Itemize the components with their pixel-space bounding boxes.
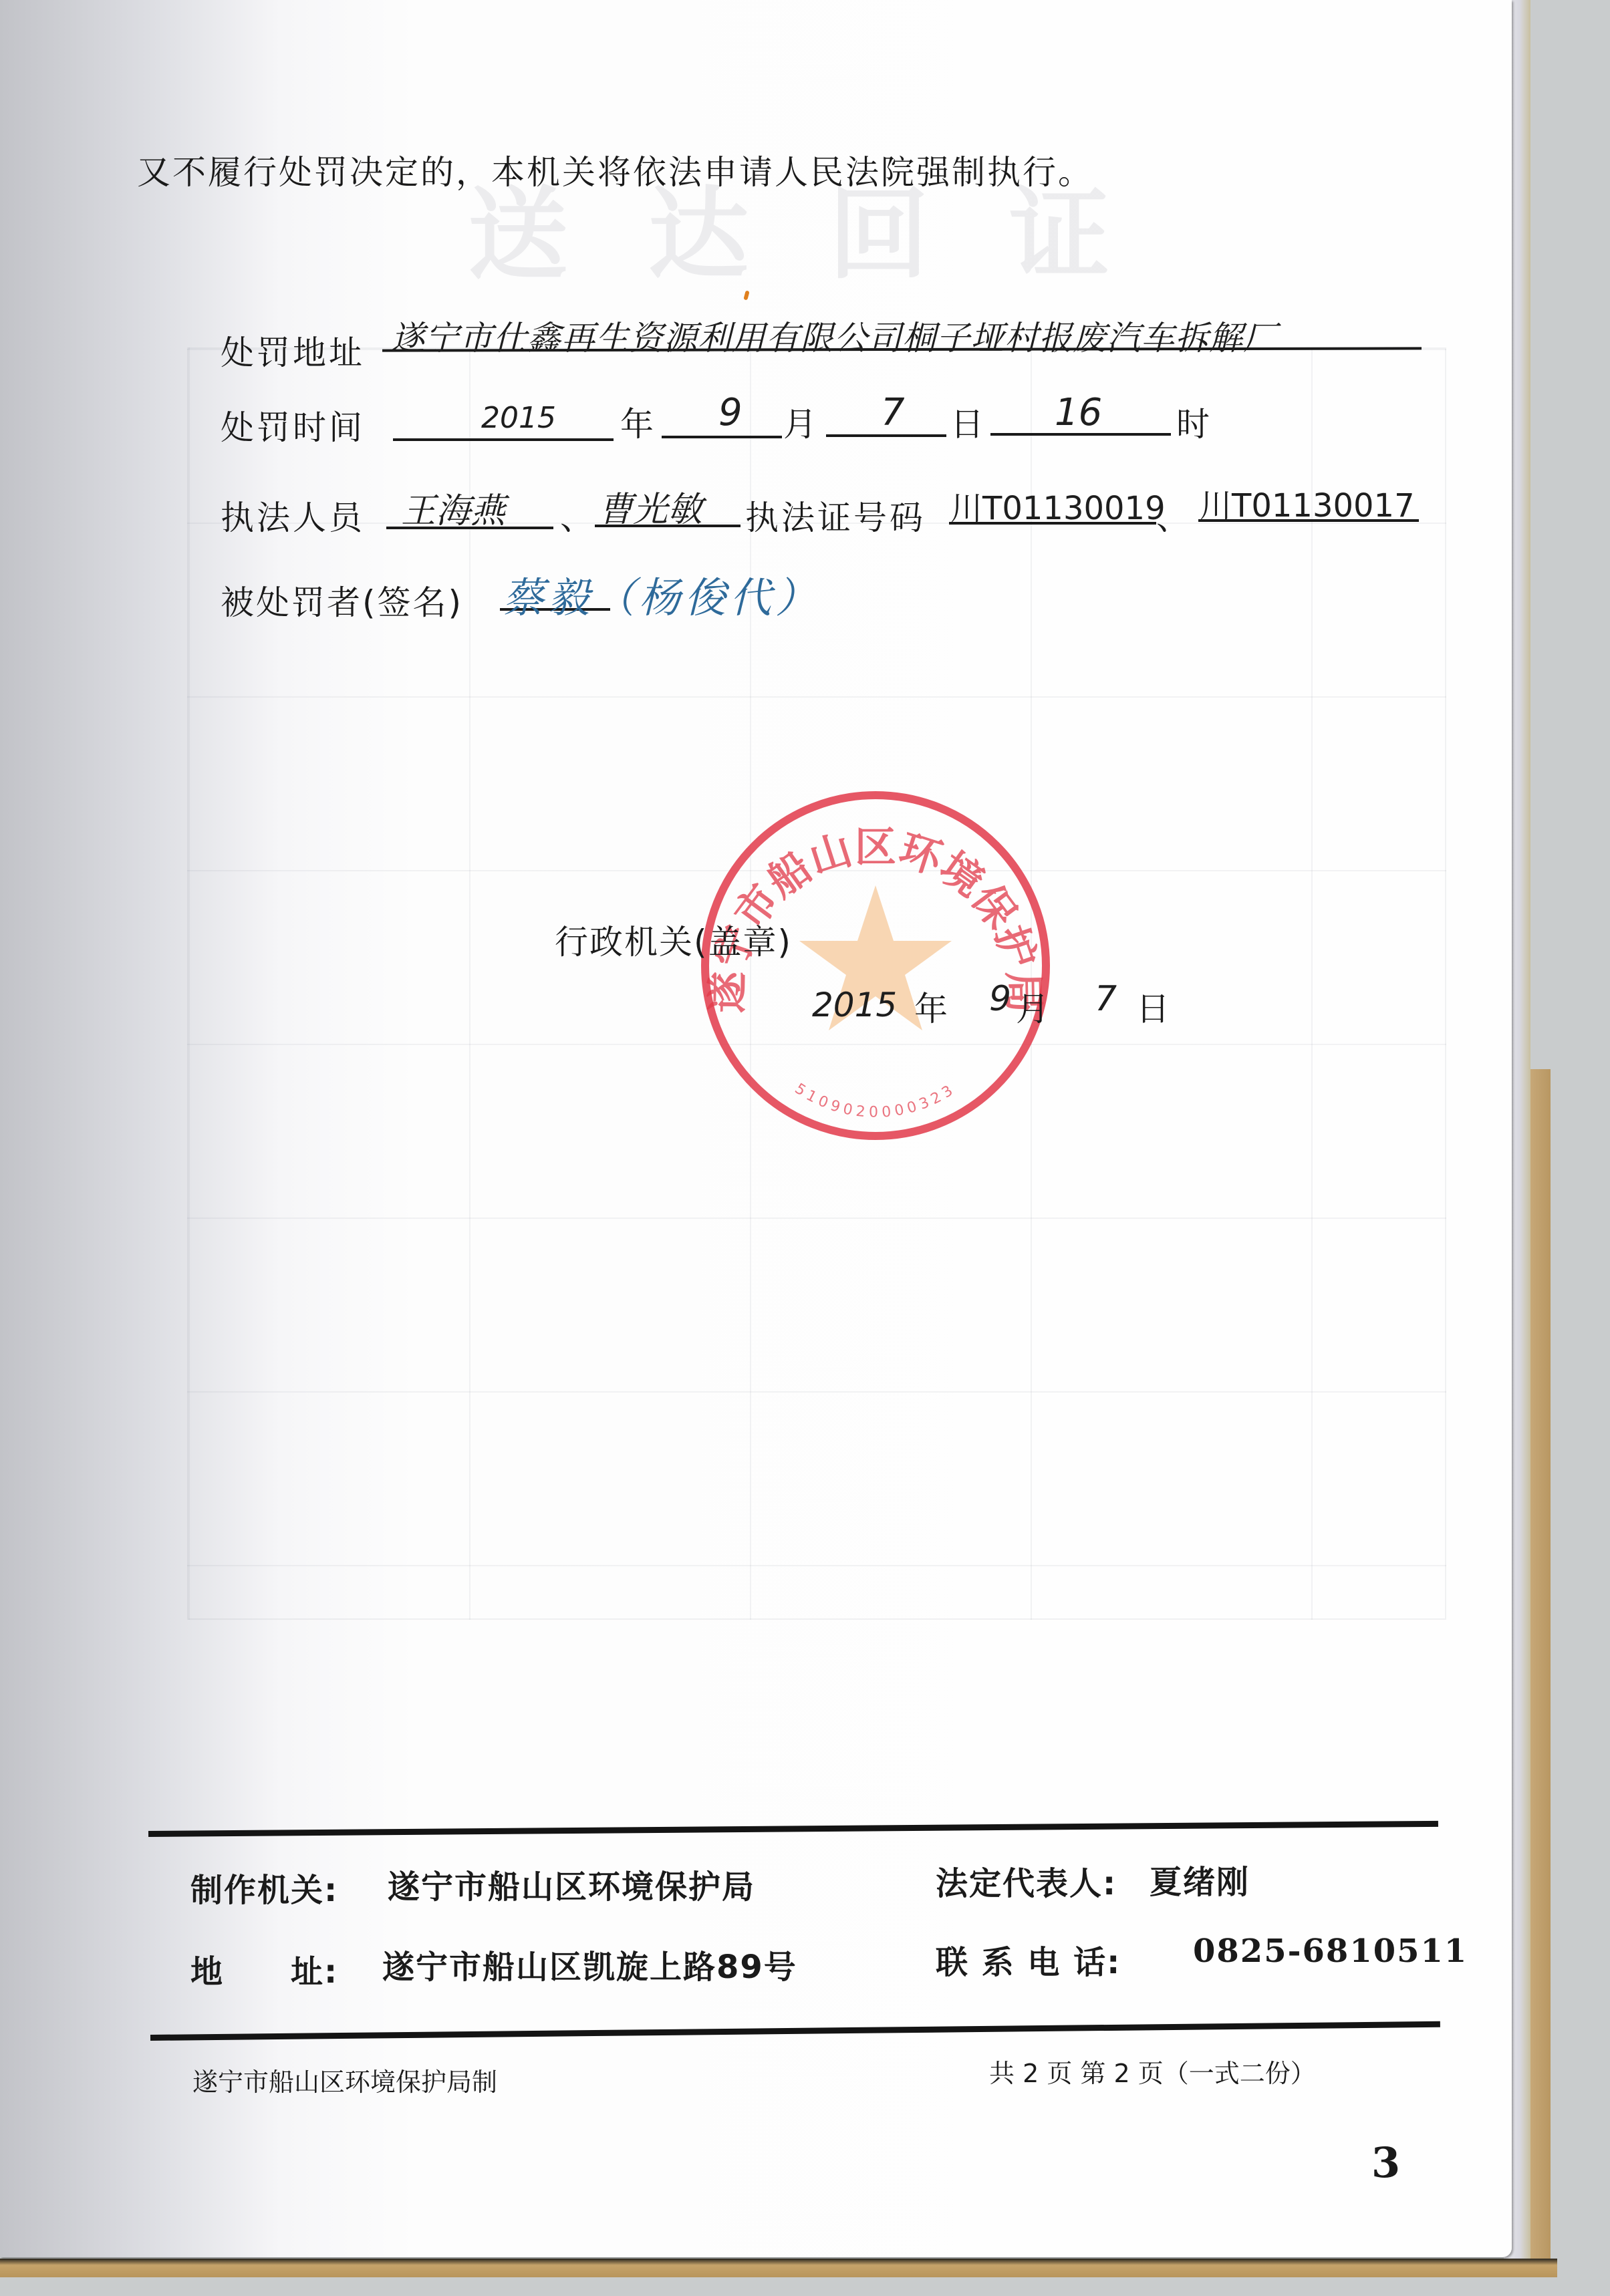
issuer-label: 制作机关:	[190, 1864, 338, 1910]
penalty-year-value[interactable]: 2015	[481, 401, 556, 435]
day-underline	[826, 434, 946, 437]
penalty-day-value[interactable]: 7	[881, 391, 905, 434]
authority-day[interactable]: 7	[1095, 979, 1117, 1019]
issuer-value: 遂宁市船山区环境保护局	[388, 1861, 755, 1907]
phone-label: 联 系 电 话:	[936, 1936, 1121, 1983]
form-maker: 遂宁市船山区环境保护局制	[192, 2061, 497, 2098]
penalty-hour-value[interactable]: 16	[1055, 391, 1102, 434]
legal-rep-value: 夏绪刚	[1150, 1856, 1250, 1902]
month-underline	[662, 436, 782, 438]
phone-value: 0825-6810511	[1193, 1932, 1468, 1970]
hour-unit: 时	[1176, 398, 1210, 446]
penalized-party-label: 被处罚者(签名)	[221, 576, 463, 624]
authority-month[interactable]: 9	[989, 979, 1011, 1019]
cert-separator: 、	[1156, 491, 1190, 539]
authority-year[interactable]: 2015	[812, 986, 897, 1024]
year-unit: 年	[620, 398, 654, 446]
page-number: 3	[1371, 2138, 1400, 2187]
authority-year-unit: 年	[914, 982, 948, 1030]
cert-number-1[interactable]: 川T01130019	[950, 482, 1166, 529]
cert-number-2[interactable]: 川T01130017	[1200, 480, 1415, 526]
authority-month-unit: 月	[1016, 982, 1049, 1030]
address-value: 遂宁市船山区凯旋上路89号	[382, 1941, 797, 1987]
penalty-time-label: 处罚时间	[221, 401, 365, 449]
authority-seal-label: 行政机关(盖章)	[555, 915, 792, 964]
penalized-party-signature[interactable]: 蔡毅（杨俊代）	[503, 565, 821, 624]
folder-cover-bottom	[0, 2259, 1557, 2277]
document-page: 送达回证 又不履行处罚决定的，本机关将依法申请人民法院强制执行。 处罚地址 遂宁…	[0, 0, 1512, 2257]
authority-day-unit: 日	[1136, 982, 1170, 1030]
footer-bottom-rule	[150, 2021, 1440, 2041]
penalty-location-label: 处罚地址	[221, 326, 365, 374]
page-count: 共 2 页 第 2 页（一式二份）	[989, 2053, 1316, 2090]
year-underline	[393, 438, 614, 441]
address-label: 地 址:	[190, 1946, 338, 1992]
officer-separator: 、	[560, 491, 593, 539]
day-unit: 日	[950, 398, 984, 446]
folder-cover-edge	[1530, 1069, 1551, 2265]
month-unit: 月	[783, 398, 817, 446]
officer-2-signature[interactable]: 曹光敏	[598, 481, 702, 531]
enforcement-notice-line: 又不履行处罚决定的，本机关将依法申请人民法院强制执行。	[137, 146, 1093, 194]
penalty-month-value[interactable]: 9	[718, 391, 743, 434]
footer-top-rule	[148, 1821, 1438, 1837]
legal-rep-label: 法定代表人:	[936, 1858, 1117, 1904]
officers-label: 执法人员	[221, 491, 365, 539]
cert-number-label: 执法证号码	[745, 491, 926, 539]
officer-1-signature[interactable]: 王海燕	[401, 482, 505, 533]
penalty-location-value[interactable]: 遂宁市仕鑫再生资源利用有限公司桐子垭村报废汽车拆解厂	[391, 311, 1277, 360]
